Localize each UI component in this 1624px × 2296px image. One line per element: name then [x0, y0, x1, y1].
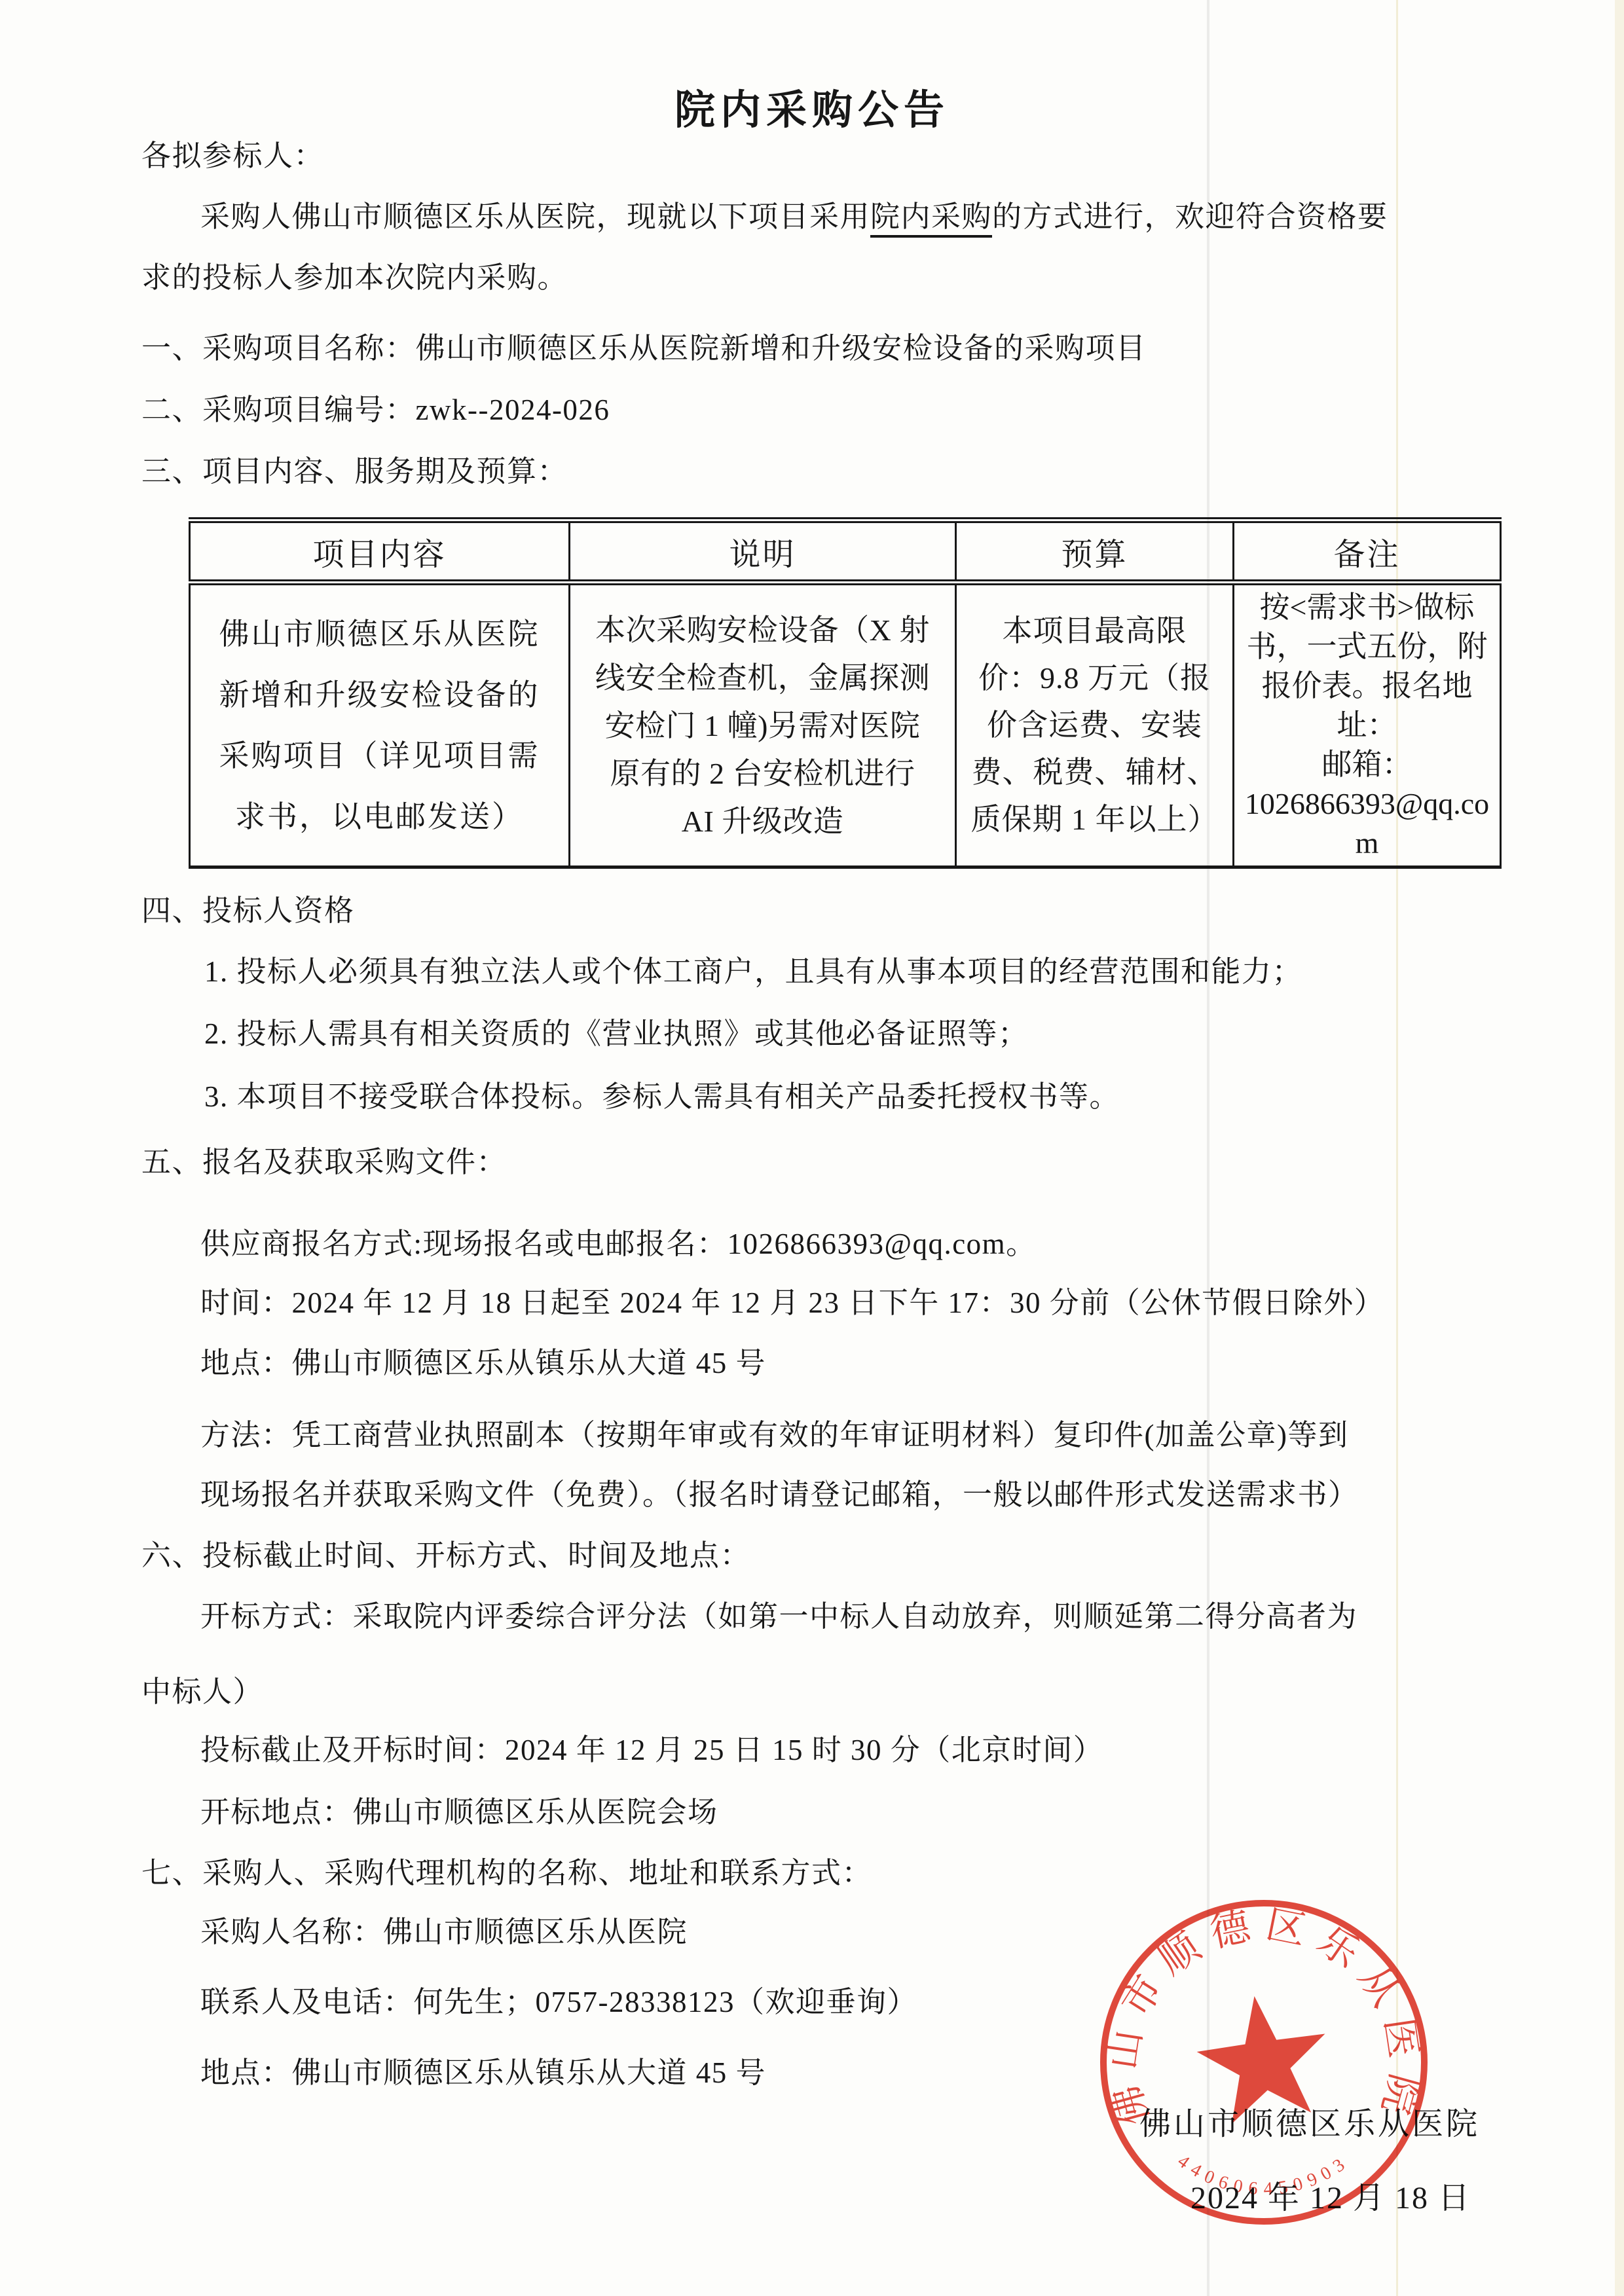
item5-heading: 五、报名及获取采购文件： — [141, 1145, 507, 1180]
col-header-description: 说明 — [570, 520, 956, 583]
col-header-budget: 预算 — [956, 520, 1234, 583]
col-header-remarks: 备注 — [1234, 520, 1501, 583]
table-header-row: 项目内容 说明 预算 备注 — [190, 520, 1501, 583]
item7-contact-phone: 联系人及电话：何先生；0757-28338123（欢迎垂询） — [200, 1985, 917, 2020]
intro-text-before: 采购人佛山市顺德区乐从医院，现就以下项目采用 — [200, 200, 870, 233]
seal-star-icon — [1190, 1987, 1336, 2127]
scan-artifact-page-edge — [1615, 0, 1624, 2296]
cell-remarks: 按<需求书>做标 书，一式五份，附 报价表。报名地址： 邮箱： 10268663… — [1234, 583, 1501, 867]
item5-method-line1: 方法：凭工商营业执照副本（按期年审或有效的年审证明材料）复印件(加盖公章)等到 — [200, 1418, 1348, 1453]
col-header-content: 项目内容 — [190, 520, 570, 583]
project-table: 项目内容 说明 预算 备注 佛山市顺德区乐从医院 新增和升级安检设备的 采购项目… — [189, 517, 1502, 869]
item6-bid-opening-method: 开标方式：采取院内评委综合评分法（如第一中标人自动放弃，则顺延第二得分高者为 — [200, 1599, 1357, 1634]
cell-description: 本次采购安检设备（X 射 线安全检查机，金属探测 安检门 1 幢)另需对医院 原… — [570, 583, 956, 867]
item6-heading: 六、投标截止时间、开标方式、时间及地点： — [141, 1539, 750, 1573]
item4-heading: 四、投标人资格 — [141, 894, 355, 928]
item5-registration-method: 供应商报名方式:现场报名或电邮报名：1026866393@qq.com。 — [200, 1227, 1037, 1262]
item6-bid-opening-method-cont: 中标人） — [141, 1675, 263, 1709]
item2-project-number: 二、采购项目编号：zwk--2024-026 — [141, 393, 610, 428]
cell-budget: 本项目最高限 价：9.8 万元（报 价含运费、安装 费、税费、辅材、 质保期 1… — [956, 583, 1234, 867]
item7-purchaser-name: 采购人名称：佛山市顺德区乐从医院 — [200, 1915, 688, 1950]
item3-heading: 三、项目内容、服务期及预算： — [141, 454, 568, 489]
item7-address: 地点：佛山市顺德区乐从镇乐从大道 45 号 — [200, 2056, 766, 2090]
cell-project-content: 佛山市顺德区乐从医院 新增和升级安检设备的 采购项目（详见项目需 求书，以电邮发… — [190, 583, 570, 867]
table-row: 佛山市顺德区乐从医院 新增和升级安检设备的 采购项目（详见项目需 求书，以电邮发… — [190, 583, 1501, 867]
seal-code: 440606450903 — [1174, 2151, 1354, 2200]
intro-underlined-text: 院内采购 — [870, 200, 992, 238]
procurement-notice-page: 院内采购公告 各拟参标人： 采购人佛山市顺德区乐从医院，现就以下项目采用院内采购… — [0, 0, 1624, 2296]
page-title: 院内采购公告 — [0, 77, 1624, 136]
intro-line-2: 求的投标人参加本次院内采购。 — [141, 261, 568, 295]
item6-venue: 开标地点：佛山市顺德区乐从医院会场 — [200, 1795, 718, 1830]
item6-deadline: 投标截止及开标时间：2024 年 12 月 25 日 15 时 30 分（北京时… — [200, 1733, 1103, 1768]
item7-heading: 七、采购人、采购代理机构的名称、地址和联系方式： — [141, 1856, 872, 1891]
item4-sub1: 1. 投标人必须具有独立法人或个体工商户，且具有从事本项目的经营范围和能力； — [204, 955, 1302, 989]
item1-project-name: 一、采购项目名称：佛山市顺德区乐从医院新增和升级安检设备的采购项目 — [141, 331, 1147, 366]
intro-line-1: 采购人佛山市顺德区乐从医院，现就以下项目采用院内采购的方式进行，欢迎符合资格要 — [200, 200, 1388, 234]
salutation-line: 各拟参标人： — [141, 139, 324, 173]
item5-method-line2: 现场报名并获取采购文件（免费）。（报名时请登记邮箱，一般以邮件形式发送需求书） — [200, 1478, 1359, 1512]
item5-time: 时间：2024 年 12 月 18 日起至 2024 年 12 月 23 日下午… — [200, 1286, 1384, 1321]
official-seal: 佛山市顺德区乐从医院 440606450903 — [1099, 1899, 1431, 2226]
item5-location: 地点：佛山市顺德区乐从镇乐从大道 45 号 — [200, 1346, 766, 1381]
item4-sub2: 2. 投标人需具有相关资质的《营业执照》或其他必备证照等； — [204, 1017, 1029, 1051]
intro-text-after: 的方式进行，欢迎符合资格要 — [992, 200, 1388, 233]
item4-sub3: 3. 本项目不接受联合体投标。参标人需具有相关产品委托授权书等。 — [204, 1080, 1120, 1114]
